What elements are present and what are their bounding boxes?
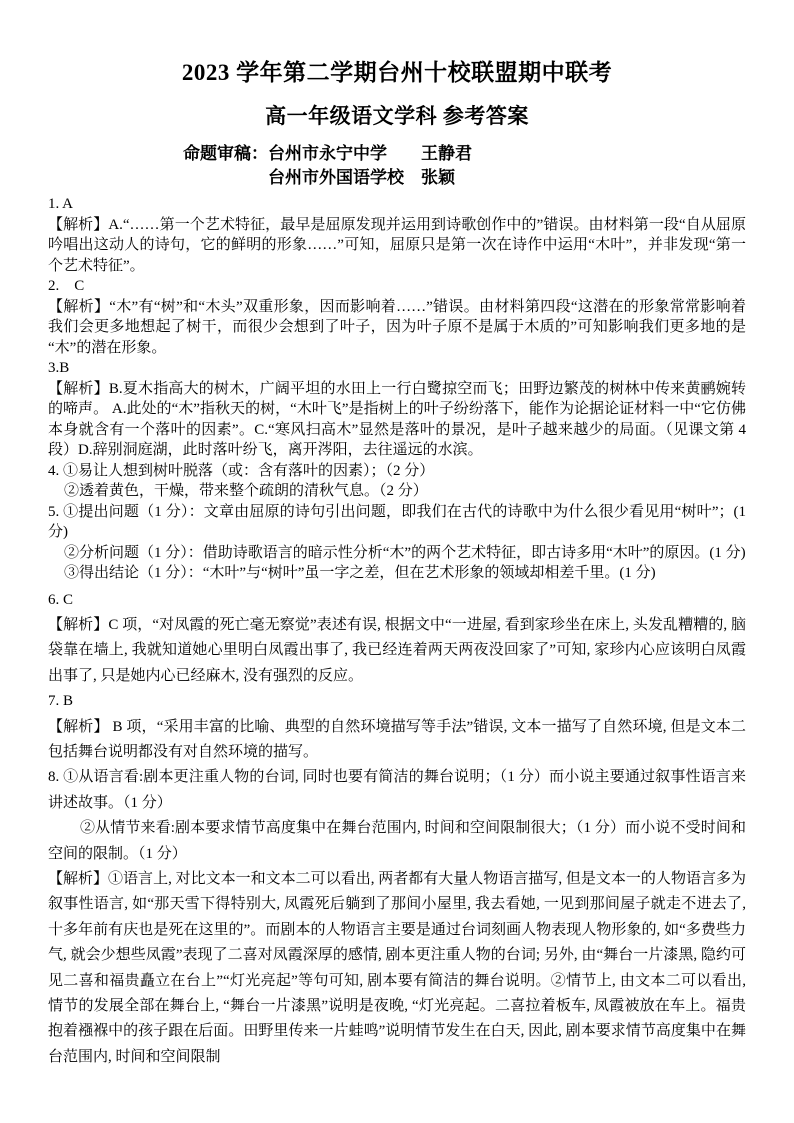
answer-1-label: 1. A bbox=[48, 194, 746, 215]
answer-1-analysis: 【解析】A.“……第一个艺术特征，最早是屈原发现并运用到诗歌创作中的”错误。由材… bbox=[48, 215, 746, 277]
document-title: 2023 学年第二学期台州十校联盟期中联考 bbox=[48, 58, 746, 88]
answer-2-analysis: 【解析】“木”有“树”和“木头”双重形象，因而影响着……”错误。由材料第四段“这… bbox=[48, 297, 746, 359]
setter-line-1: 命题审稿：台州市永宁中学 王静君 bbox=[183, 142, 746, 166]
answer-3-label: 3.B bbox=[48, 358, 746, 379]
setter-line-2: 台州市外国语学校 张颖 bbox=[183, 166, 746, 190]
answer-8-analysis: 【解析】①语言上, 对比文本一和文本二可以看出, 两者都有大量人物语言描写, 但… bbox=[48, 867, 746, 1070]
answer-6-analysis: 【解析】C 项，“对凤霞的死亡毫无察觉”表述有误, 根据文中“一进屋, 看到家珍… bbox=[48, 613, 746, 689]
answer-5-item-1: 5. ①提出问题（1 分）：文章由屈原的诗句引出问题，即我们在古代的诗歌中为什么… bbox=[48, 502, 746, 543]
answer-7-analysis: 【解析】 B 项，“采用丰富的比喻、典型的自然环境描写等手法”错误, 文本一描写… bbox=[48, 715, 746, 766]
answer-7-label: 7. B bbox=[48, 689, 746, 714]
document-page: 2023 学年第二学期台州十校联盟期中联考 高一年级语文学科 参考答案 命题审稿… bbox=[0, 0, 794, 1123]
document-subtitle: 高一年级语文学科 参考答案 bbox=[48, 102, 746, 130]
setter-info: 命题审稿：台州市永宁中学 王静君 台州市外国语学校 张颖 bbox=[183, 142, 746, 190]
answer-6-label: 6. C bbox=[48, 588, 746, 613]
answer-4-item-2: ②透着黄色，干燥，带来整个疏朗的清秋气息。（2 分） bbox=[48, 481, 746, 502]
answer-2-label: 2. C bbox=[48, 276, 746, 297]
answer-3-analysis: 【解析】B.夏木指高大的树木，广阔平坦的水田上一行白鹭掠空而飞；田野边繁茂的树林… bbox=[48, 379, 746, 461]
answer-5-item-3: ③得出结论（1 分）：“木叶”与“树叶”虽一字之差，但在艺术形象的领域却相差千里… bbox=[48, 563, 746, 584]
answer-5-item-2: ②分析问题（1 分）：借助诗歌语言的暗示性分析“木”的两个艺术特征，即古诗多用“… bbox=[48, 543, 746, 564]
answer-8-item-1: 8. ①从语言看:剧本更注重人物的台词, 同时也要有简洁的舞台说明；（1 分）而… bbox=[48, 765, 746, 816]
answer-4-item-1: 4. ①易让人想到树叶脱落（或：含有落叶的因素）；（2 分） bbox=[48, 461, 746, 482]
answer-8-item-2: ②从情节来看:剧本要求情节高度集中在舞台范围内, 时间和空间限制很大；（1 分）… bbox=[48, 816, 746, 867]
answers-body: 1. A 【解析】A.“……第一个艺术特征，最早是屈原发现并运用到诗歌创作中的”… bbox=[48, 194, 746, 1070]
